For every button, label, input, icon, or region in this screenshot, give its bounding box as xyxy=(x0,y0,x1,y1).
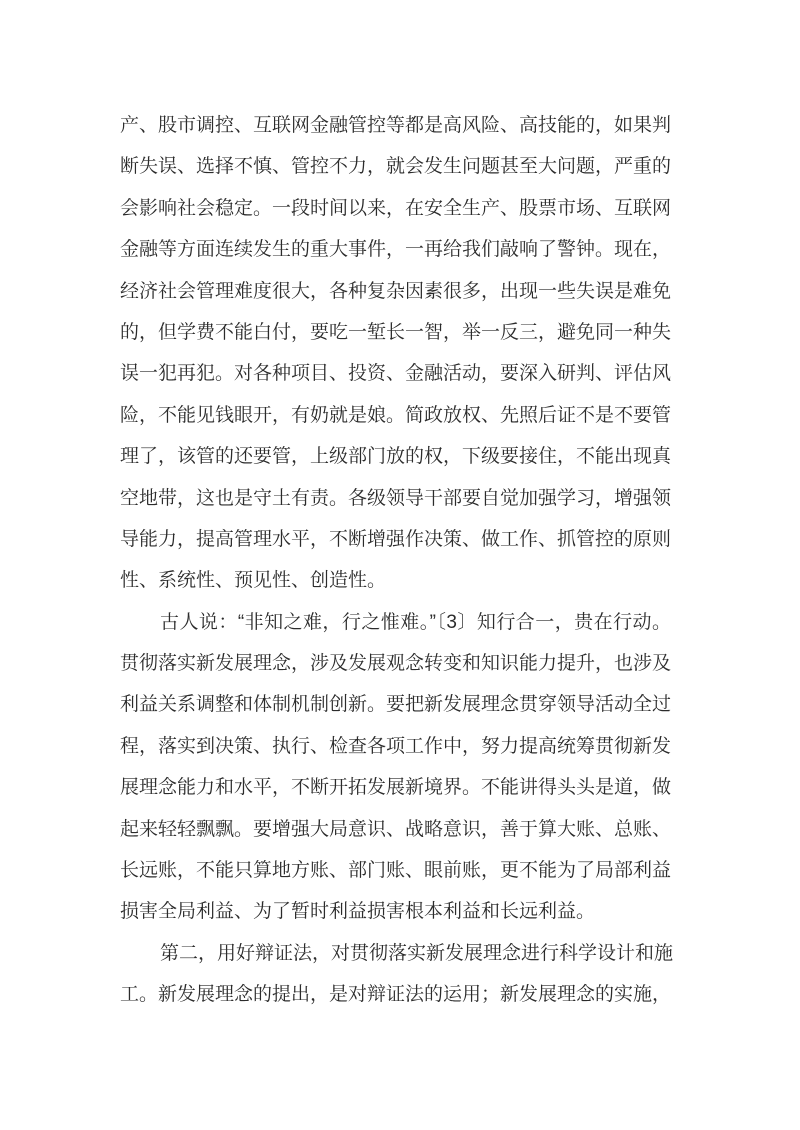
text-line: 性、系统性、预见性、创造性。 xyxy=(120,560,671,601)
text-line: 贯彻落实新发展理念，涉及发展观念转变和知识能力提升，也涉及 xyxy=(120,643,671,684)
text-line: 工。新发展理念的提出，是对辩证法的运用；新发展理念的实施， xyxy=(120,974,671,1015)
text-line: 断失误、选择不慎、管控不力，就会发生问题甚至大问题，严重的 xyxy=(120,146,671,187)
document-text-block: 产、股市调控、互联网金融管控等都是高风险、高技能的，如果判断失误、选择不慎、管控… xyxy=(120,105,671,1016)
text-line: 长远账，不能只算地方账、部门账、眼前账，更不能为了局部利益 xyxy=(120,850,671,891)
document-page: 产、股市调控、互联网金融管控等都是高风险、高技能的，如果判断失误、选择不慎、管控… xyxy=(0,0,800,1130)
text-line: 古人说：“非知之难，行之惟难。”〔3〕知行合一，贵在行动。 xyxy=(120,602,671,643)
text-line: 损害全局利益、为了暂时利益损害根本利益和长远利益。 xyxy=(120,891,671,932)
text-line: 理了，该管的还要管，上级部门放的权，下级要接住，不能出现真 xyxy=(120,436,671,477)
text-line: 的，但学费不能白付，要吃一堑长一智，举一反三，避免同一种失 xyxy=(120,312,671,353)
text-line: 产、股市调控、互联网金融管控等都是高风险、高技能的，如果判 xyxy=(120,105,671,146)
text-line: 经济社会管理难度很大，各种复杂因素很多，出现一些失误是难免 xyxy=(120,271,671,312)
text-line: 空地带，这也是守土有责。各级领导干部要自觉加强学习，增强领 xyxy=(120,478,671,519)
text-line: 险，不能见钱眼开，有奶就是娘。简政放权、先照后证不是不要管 xyxy=(120,395,671,436)
text-line: 误一犯再犯。对各种项目、投资、金融活动，要深入研判、评估风 xyxy=(120,353,671,394)
text-line: 程，落实到决策、执行、检查各项工作中，努力提高统筹贯彻新发 xyxy=(120,726,671,767)
text-line: 利益关系调整和体制机制创新。要把新发展理念贯穿领导活动全过 xyxy=(120,684,671,725)
text-line: 起来轻轻飘飘。要增强大局意识、战略意识，善于算大账、总账、 xyxy=(120,809,671,850)
text-line: 展理念能力和水平，不断开拓发展新境界。不能讲得头头是道，做 xyxy=(120,767,671,808)
text-line: 第二，用好辩证法，对贯彻落实新发展理念进行科学设计和施 xyxy=(120,933,671,974)
text-line: 金融等方面连续发生的重大事件，一再给我们敲响了警钟。现在， xyxy=(120,229,671,270)
text-line: 导能力，提高管理水平，不断增强作决策、做工作、抓管控的原则 xyxy=(120,519,671,560)
text-line: 会影响社会稳定。一段时间以来，在安全生产、股票市场、互联网 xyxy=(120,188,671,229)
